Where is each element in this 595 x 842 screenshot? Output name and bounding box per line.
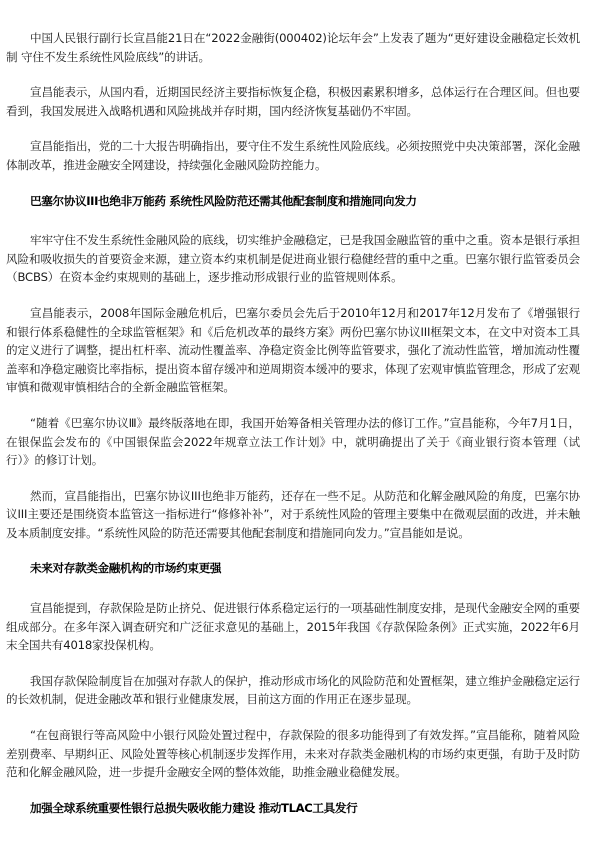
paragraph-deposit-insurance-purpose: 我国存款保险制度旨在加强对存款人的保护，推动形成市场化的风险防范和处置框架，建立… [6,672,580,709]
section-heading-tlac: 加强全球系统重要性银行总损失吸收能力建设 推动TLAC工具发行 [6,799,580,818]
paragraph-basel-framework: 宣昌能表示，2008年国际金融危机后，巴塞尔委员会先后于2010年12月和201… [6,304,580,397]
paragraph-deposit-insurance: 宣昌能提到，存款保险是防止挤兑、促进银行体系稳定运行的一项基础性制度安排，是现代… [6,599,580,655]
document-page: 中国人民银行副行长宣昌能21日在“2022金融街(000402)论坛年会”上发表… [6,29,580,838]
section-heading-deposit-institutions: 未来对存款类金融机构的市场约束更强 [6,559,580,578]
paragraph-capital-constraint: 牢牢守住不发生系统性金融风险的底线，切实维护金融稳定，已是我国金融监管的重中之重… [6,231,580,287]
paragraph-risk-bottom-line: 宣昌能指出，党的二十大报告明确指出，要守住不发生系统性风险底线。必须按照党中央决… [6,137,580,174]
section-heading-basel-iii: 巴塞尔协议III也绝非万能药 系统性风险防范还需其他配套制度和措施同向发力 [6,192,580,211]
paragraph-basel-revision: “随着《巴塞尔协议Ⅲ》最终版落地在即，我国开始筹备相关管理办法的修订工作。”宣昌… [6,414,580,470]
paragraph-basel-limitations: 然而，宣昌能指出，巴塞尔协议III也绝非万能药，还存在一些不足。从防范和化解金融… [6,487,580,543]
paragraph-baoshang-bank: “在包商银行等高风险中小银行风险处置过程中，存款保险的很多功能得到了有效发挥。”… [6,726,580,782]
paragraph-speech-intro: 中国人民银行副行长宣昌能21日在“2022金融街(000402)论坛年会”上发表… [6,29,580,66]
paragraph-domestic-economy: 宣昌能表示，从国内看，近期国民经济主要指标恢复企稳，积极因素累积增多，总体运行在… [6,83,580,120]
